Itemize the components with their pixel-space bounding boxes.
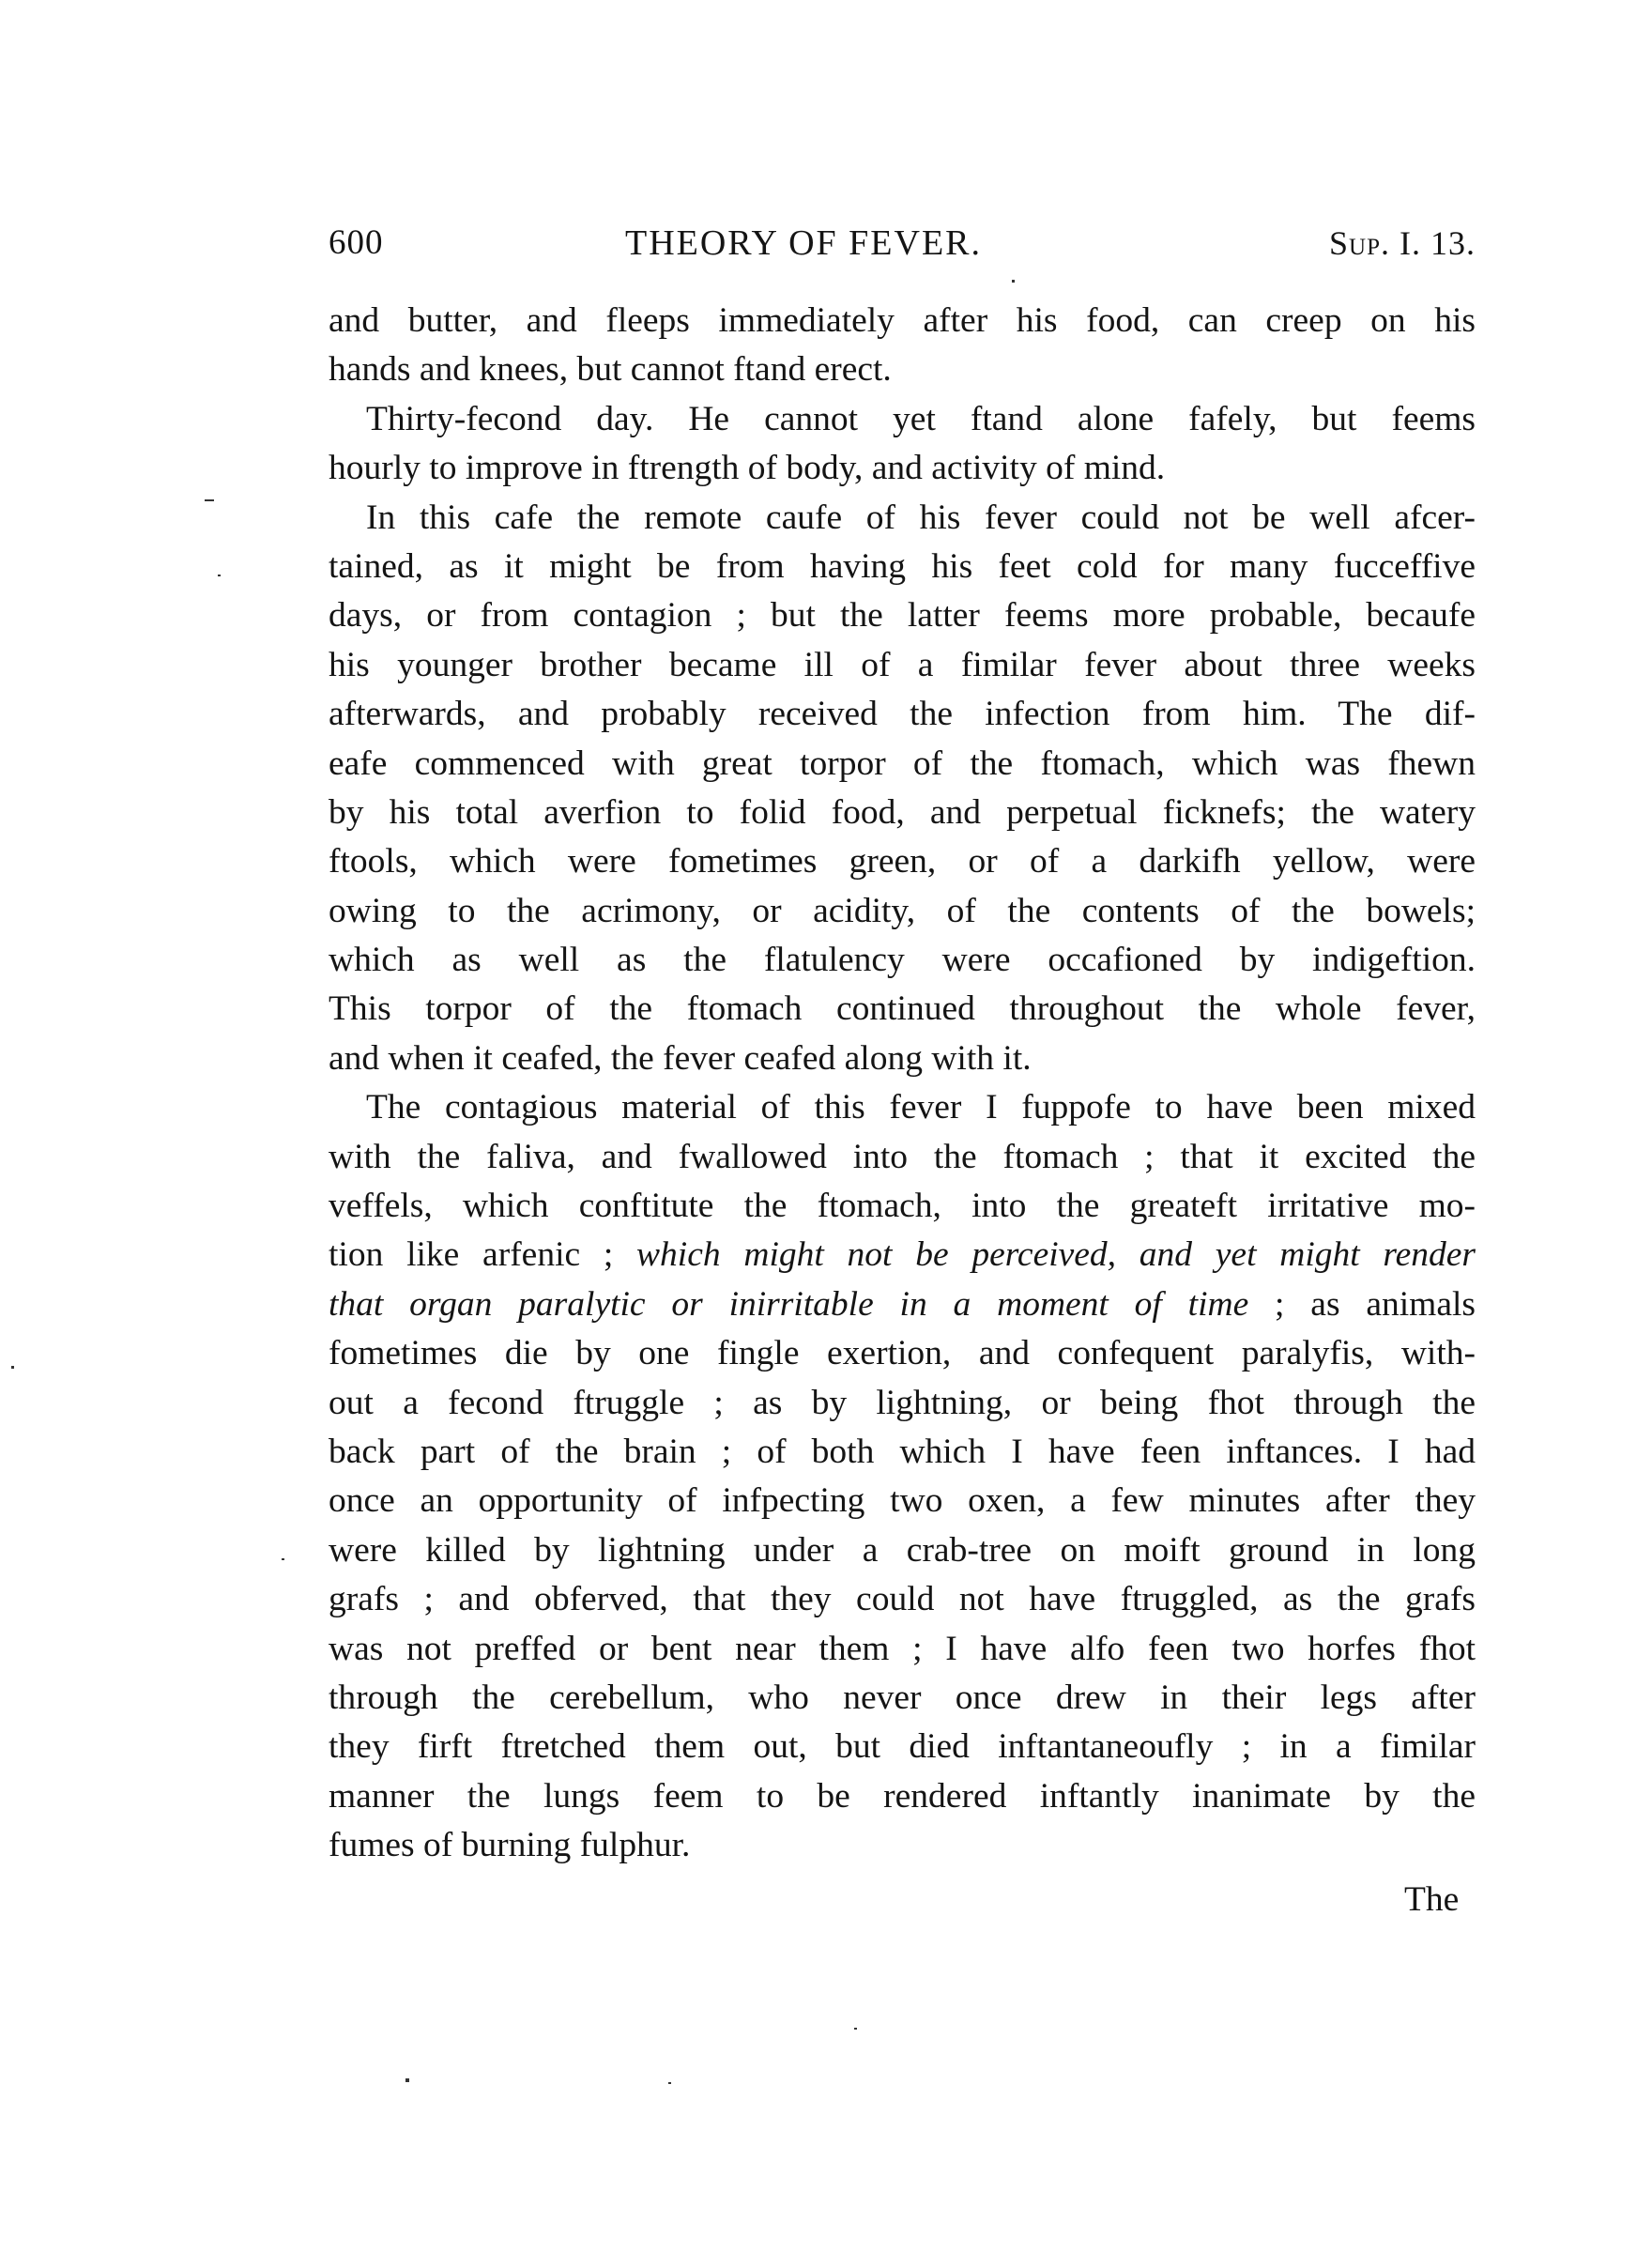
- text-line: owing to the acrimony, or acidity, of th…: [329, 887, 1476, 936]
- paragraph-start-line: In this cafe the remote caufe of his fev…: [329, 494, 1476, 543]
- text-line-mixed: that organ paralytic or inirritable in a…: [329, 1280, 1476, 1329]
- text-line-mixed: tion like arfenic ; which might not be p…: [329, 1231, 1476, 1280]
- scan-speck-mark: [11, 1366, 14, 1369]
- text-line: fumes of burning fulphur.: [329, 1821, 1476, 1870]
- text-line: grafs ; and obferved, that they could no…: [329, 1575, 1476, 1624]
- text-line: hands and knees, but cannot ftand erect.: [329, 345, 1476, 394]
- text-line: manner the lungs feem to be rendered inf…: [329, 1772, 1476, 1821]
- text-line: once an opportunity of infpecting two ox…: [329, 1477, 1476, 1525]
- scan-speck-mark: [205, 499, 214, 501]
- body-text: and butter, and fleeps immediately after…: [329, 297, 1476, 1871]
- text-line: they firft ftretched them out, but died …: [329, 1723, 1476, 1771]
- text-line: days, or from contagion ; but the latter…: [329, 591, 1476, 640]
- roman-text: ; as animals: [1248, 1285, 1476, 1324]
- paragraph-start-line: The contagious material of this fever I …: [329, 1083, 1476, 1132]
- section-rest: . I. 13.: [1381, 224, 1476, 262]
- text-line: out a fecond ftruggle ; as by lightning,…: [329, 1379, 1476, 1428]
- scan-speck-mark: [854, 2028, 857, 2030]
- catchword: The: [1404, 1876, 1459, 1924]
- text-line: and when it ceafed, the fever ceafed alo…: [329, 1035, 1476, 1083]
- text-line: eafe commenced with great torpor of the …: [329, 740, 1476, 789]
- scan-speck-mark: [218, 575, 221, 576]
- paragraph-start-line: Thirty-fecond day. He cannot yet ftand a…: [329, 395, 1476, 444]
- book-page: 600 THEORY OF FEVER. Sup. I. 13. and but…: [0, 0, 1652, 2253]
- scan-speck-mark: [1012, 280, 1015, 283]
- section-reference: Sup. I. 13.: [1329, 222, 1476, 265]
- text-line: his younger brother became ill of a fimi…: [329, 641, 1476, 690]
- roman-text: tion like arfenic ;: [329, 1235, 636, 1274]
- running-head: 600 THEORY OF FEVER. Sup. I. 13.: [329, 222, 1476, 265]
- text-line: back part of the brain ; of both which I…: [329, 1428, 1476, 1477]
- italic-emphasis: which might not be perceived, and yet mi…: [636, 1235, 1476, 1274]
- text-line: This torpor of the ftomach continued thr…: [329, 985, 1476, 1034]
- text-line: were killed by lightning under a crab-tr…: [329, 1526, 1476, 1575]
- text-line: veffels, which conftitute the ftomach, i…: [329, 1182, 1476, 1231]
- text-line: which as well as the flatulency were occ…: [329, 936, 1476, 985]
- text-line: by his total averfion to folid food, and…: [329, 789, 1476, 837]
- text-line: hourly to improve in ftrength of body, a…: [329, 444, 1476, 493]
- scan-speck-mark: [405, 2078, 409, 2082]
- text-line: was not preffed or bent near them ; I ha…: [329, 1625, 1476, 1674]
- text-line: afterwards, and probably received the in…: [329, 690, 1476, 739]
- page-number: 600: [329, 222, 384, 265]
- text-line: tained, as it might be from having his f…: [329, 543, 1476, 591]
- text-line: through the cerebellum, who never once d…: [329, 1674, 1476, 1723]
- scan-speck-mark: [668, 2082, 671, 2084]
- text-line: with the faliva, and fwallowed into the …: [329, 1133, 1476, 1182]
- running-title: THEORY OF FEVER.: [625, 222, 982, 265]
- text-line: ftools, which were fometimes green, or o…: [329, 837, 1476, 886]
- section-prefix: Sup: [1329, 224, 1381, 262]
- text-line: fometimes die by one fingle exertion, an…: [329, 1329, 1476, 1378]
- italic-emphasis: that organ paralytic or inirritable in a…: [329, 1285, 1248, 1324]
- text-line: and butter, and fleeps immediately after…: [329, 297, 1476, 345]
- scan-speck-mark: [282, 1558, 284, 1560]
